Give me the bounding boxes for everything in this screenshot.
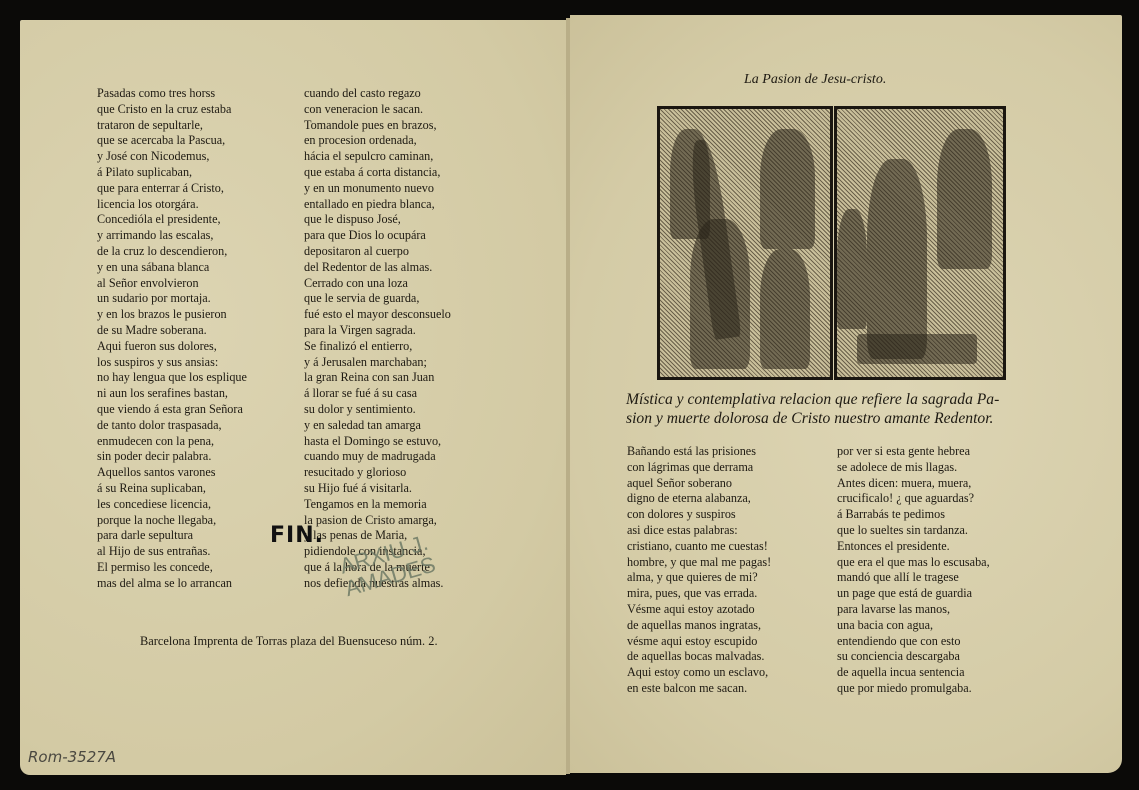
poem-line: mira, pues, que vas errada. — [627, 586, 771, 602]
poem-line: cuando del casto regazo — [304, 86, 451, 102]
poem-line: la gran Reina con san Juan — [304, 370, 451, 386]
poem-line: entallado en piedra blanca, — [304, 197, 451, 213]
poem-line: que estaba á corta distancia, — [304, 165, 451, 181]
poem-line: del Redentor de las almas. — [304, 260, 451, 276]
poem-line: de tanto dolor traspasada, — [97, 418, 247, 434]
poem-line: mas del alma se lo arrancan — [97, 576, 247, 592]
poem-line: les concediese licencia, — [97, 497, 247, 513]
poem-line: Concedióla el presidente, — [97, 212, 247, 228]
poem-line: asi dice estas palabras: — [627, 523, 771, 539]
poem-line: Aqui estoy como un esclavo, — [627, 665, 771, 681]
poem-line: fué esto el mayor desconsuelo — [304, 307, 451, 323]
poem-line: depositaron al cuerpo — [304, 244, 451, 260]
poem-line: de aquellas manos ingratas, — [627, 618, 771, 634]
poem-line: de aquellas bocas malvadas. — [627, 649, 771, 665]
poem-line: que era el que mas lo escusaba, — [837, 555, 990, 571]
poem-line: crucificalo! ¿ que aguardas? — [837, 491, 990, 507]
poem-line: Bañando está las prisiones — [627, 444, 771, 460]
end-mark: FIN. — [270, 523, 324, 548]
poem-line: á Barrabás te pedimos — [837, 507, 990, 523]
poem-line: á Pilato suplicaban, — [97, 165, 247, 181]
poem-line: Tomandole pues en brazos, — [304, 118, 451, 134]
poem-line: y en saledad tan amarga — [304, 418, 451, 434]
left-poem-column-2: cuando del casto regazocon veneracion le… — [304, 86, 451, 592]
poem-line: y arrimando las escalas, — [97, 228, 247, 244]
poem-line: y á Jerusalen marchaban; — [304, 355, 451, 371]
poem-line: en procesion ordenada, — [304, 133, 451, 149]
subtitle-line: sion y muerte dolorosa de Cristo nuestro… — [626, 409, 1046, 428]
poem-line: que Cristo en la cruz estaba — [97, 102, 247, 118]
poem-line: los suspiros y sus ansias: — [97, 355, 247, 371]
poem-line: para que Dios lo ocupára — [304, 228, 451, 244]
poem-line: que le dispuso José, — [304, 212, 451, 228]
poem-line: cristiano, cuanto me cuestas! — [627, 539, 771, 555]
poem-line: y José con Nicodemus, — [97, 149, 247, 165]
poem-line: Entonces el presidente. — [837, 539, 990, 555]
poem-line: al Señor envolvieron — [97, 276, 247, 292]
poem-line: de la cruz lo descendieron, — [97, 244, 247, 260]
poem-line: y en una sábana blanca — [97, 260, 247, 276]
poem-line: un sudario por mortaja. — [97, 291, 247, 307]
poem-line: un page que está de guardia — [837, 586, 990, 602]
poem-line: con veneracion le sacan. — [304, 102, 451, 118]
poem-line: á su Reina suplicaban, — [97, 481, 247, 497]
poem-line: Aqui fueron sus dolores, — [97, 339, 247, 355]
poem-line: sin poder decir palabra. — [97, 449, 247, 465]
poem-line: que se acercaba la Pascua, — [97, 133, 247, 149]
poem-line: que viendo á esta gran Señora — [97, 402, 247, 418]
poem-line: Tengamos en la memoria — [304, 497, 451, 513]
poem-line: y en un monumento nuevo — [304, 181, 451, 197]
poem-line: su conciencia descargaba — [837, 649, 990, 665]
poem-line: trataron de sepultarle, — [97, 118, 247, 134]
right-poem-column-1: Bañando está las prisionescon lágrimas q… — [627, 444, 771, 697]
poem-line: Aquellos santos varones — [97, 465, 247, 481]
poem-line: hácia el sepulcro caminan, — [304, 149, 451, 165]
poem-line: hombre, y que mal me pagas! — [627, 555, 771, 571]
poem-line: que le servia de guarda, — [304, 291, 451, 307]
poem-line: hasta el Domingo se estuvo, — [304, 434, 451, 450]
poem-line: alma, y que quieres de mi? — [627, 570, 771, 586]
poem-line: Se finalizó el entierro, — [304, 339, 451, 355]
poem-line: Cerrado con una loza — [304, 276, 451, 292]
poem-line: enmudecen con la pena, — [97, 434, 247, 450]
poem-line: de aquella incua sentencia — [837, 665, 990, 681]
subtitle-line: Mística y contemplativa relacion que ref… — [626, 390, 1046, 409]
poem-line: aquel Señor soberano — [627, 476, 771, 492]
poem-line: se adolece de mis llagas. — [837, 460, 990, 476]
poem-line: con dolores y suspiros — [627, 507, 771, 523]
poem-line: cuando muy de madrugada — [304, 449, 451, 465]
poem-line: que para enterrar á Cristo, — [97, 181, 247, 197]
poem-line: que lo sueltes sin tardanza. — [837, 523, 990, 539]
poem-line: su dolor y sentimiento. — [304, 402, 451, 418]
poem-line: El permiso les concede, — [97, 560, 247, 576]
poem-line: á llorar se fué á su casa — [304, 386, 451, 402]
poem-line: de su Madre soberana. — [97, 323, 247, 339]
printer-imprint: Barcelona Imprenta de Torras plaza del B… — [140, 634, 438, 649]
poem-line: una bacia con agua, — [837, 618, 990, 634]
poem-line: que por miedo promulgaba. — [837, 681, 990, 697]
poem-line: la pasion de Cristo amarga, — [304, 513, 451, 529]
poem-line: y en los brazos le pusieron — [97, 307, 247, 323]
poem-line: resucitado y glorioso — [304, 465, 451, 481]
poem-line: al Hijo de sus entrañas. — [97, 544, 247, 560]
shelfmark: Rom-3527A — [28, 748, 116, 766]
poem-line: licencia los otorgára. — [97, 197, 247, 213]
poem-line: para darle sepultura — [97, 528, 247, 544]
poem-line: no hay lengua que los esplique — [97, 370, 247, 386]
poem-line: por ver si esta gente hebrea — [837, 444, 990, 460]
woodcut-illustration-left — [657, 106, 833, 380]
poem-line: en este balcon me sacan. — [627, 681, 771, 697]
poem-line: digno de eterna alabanza, — [627, 491, 771, 507]
page-title: La Pasion de Jesu-cristo. — [744, 72, 886, 88]
left-poem-column-1: Pasadas como tres horssque Cristo en la … — [97, 86, 247, 592]
poem-line: para lavarse las manos, — [837, 602, 990, 618]
poem-line: entendiendo que con esto — [837, 634, 990, 650]
poem-line: con lágrimas que derrama — [627, 460, 771, 476]
subtitle: Mística y contemplativa relacion que ref… — [626, 390, 1046, 428]
poem-line: vésme aqui estoy escupido — [627, 634, 771, 650]
poem-line: su Hijo fué á visitarla. — [304, 481, 451, 497]
woodcut-illustration-right — [834, 106, 1006, 380]
right-poem-column-2: por ver si esta gente hebrease adolece d… — [837, 444, 990, 697]
poem-line: Antes dicen: muera, muera, — [837, 476, 990, 492]
poem-line: Vésme aqui estoy azotado — [627, 602, 771, 618]
poem-line: porque la noche llegaba, — [97, 513, 247, 529]
poem-line: para la Virgen sagrada. — [304, 323, 451, 339]
page-fold — [566, 18, 570, 774]
poem-line: ni aun los serafines bastan, — [97, 386, 247, 402]
poem-line: mandó que allí le tragese — [837, 570, 990, 586]
poem-line: Pasadas como tres horss — [97, 86, 247, 102]
